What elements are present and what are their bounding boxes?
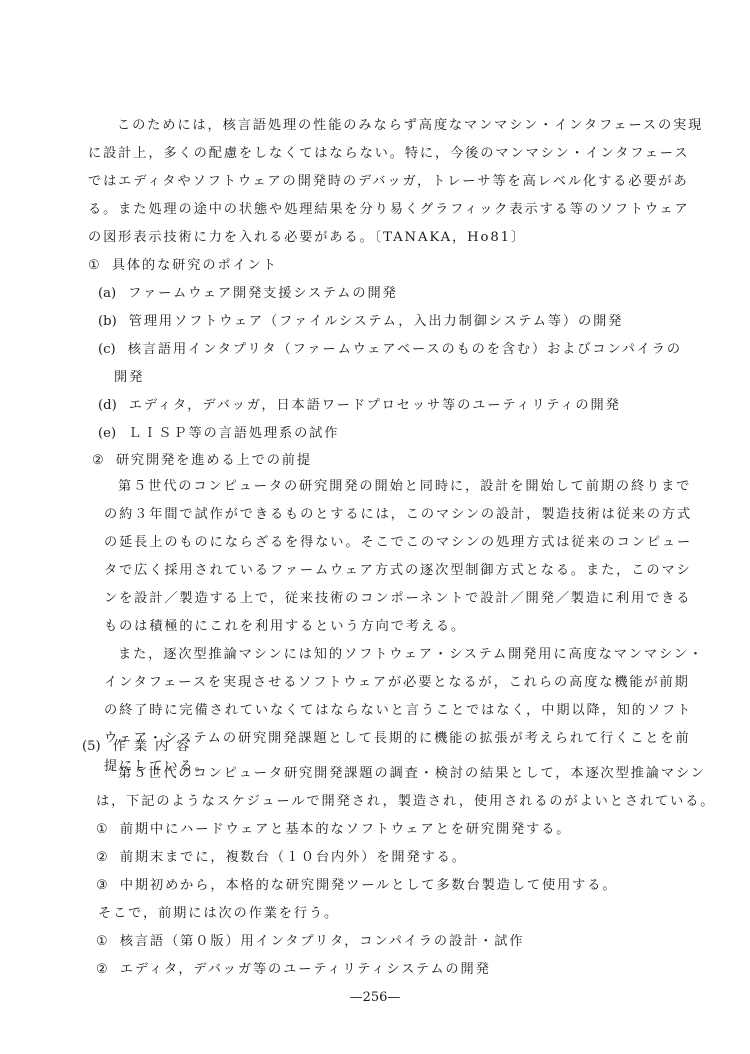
item-marker: ② [96,849,108,867]
schedule-item-1: ①前期中にハードウェアと基本的なソフトウェアとを研究開発する。 [96,821,571,839]
section2-p1-line-2: の約３年間で試作ができるものとするには，このマシンの設計，製造技術は従来の方式 [104,506,692,524]
item-text: 中期初めから，本格的な研究開発ツールとして多数台製造して使用する。 [120,878,618,893]
document-page: このためには，核言語処理の性能のみならず高度なマンマシン・インタフェースの実現 … [0,0,750,1054]
section2-heading: ②研究開発を進める上での前提 [92,452,312,470]
section5-lead-in: そこで，前期には次の作業を行う。 [98,905,339,923]
section2-p2-line-4: ウェア・システムの研究開発課題として長期的に機能の拡張が考えられて行くことを前 [104,730,691,748]
item-marker: ② [96,961,108,979]
section1-item-d: (d)エディタ，デバッガ，日本語ワードプロセッサ等のユーティリティの開発 [98,397,621,415]
item-marker: (c) [98,341,116,359]
section2-p2-line-3: の終了時に完備されていなくてはならないと言うことではなく，中期以降，知的ソフト [104,702,692,720]
page-number: —256— [0,990,750,1005]
item-text: 前期中にハードウェアと基本的なソフトウェアとを研究開発する。 [120,822,572,837]
intro-line-2: に設計上，多くの配慮をしなくてはならない。特に，今後のマンマシン・インタフェース [88,145,689,163]
item-text: ファームウェア開発支援システムの開発 [128,286,397,301]
intro-line-5: の図形表示技術に力を入れる必要がある。〔TANAKA，Ho81〕 [88,229,526,247]
item-marker: (b) [98,313,117,331]
section1-item-b: (b)管理用ソフトウェア（ファイルシステム，入出力制御システム等）の開発 [98,313,623,331]
section2-p1-line-5: ンを設計／製造する上で，従来技術のコンポーネントで設計／開発／製造に利用できる [104,590,692,608]
section2-p1-line-4: タで広く採用されているファームウェア方式の逐次型制御方式となる。また，このマシ [104,562,692,580]
section2-marker: ② [92,452,104,470]
section5-p-line-1: 第５世代のコンピュータ研究開発課題の調査・検討の結果として，本逐次型推論マシン [118,765,706,783]
section5-p-line-2: は，下記のようなスケジュールで開発され，製造され，使用されるのがよいとされている… [96,793,715,811]
section2-p1-line-1: 第５世代のコンピュータの研究開発の開始と同時に，設計を開始して前期の終りまで [118,478,691,496]
section5-heading: (5)作 業 内 容 [82,738,191,756]
section1-title: 具体的な研究のポイント [112,258,278,273]
intro-line-3: ではエディタやソフトウェアの開発時のデバッガ，トレーサ等を高レベル化する必要があ [88,173,689,191]
section1-heading: ①具体的な研究のポイント [88,257,278,275]
item-text: 前期末までに，複数台（１０台内外）を開発する。 [120,850,467,865]
task-item-1: ①核言語（第０版）用インタプリタ，コンパイラの設計・試作 [96,933,524,951]
item-text: ＬＩＳＰ等の言語処理系の試作 [128,426,339,441]
intro-line-4: る。また処理の途中の状態や処理結果を分り易くグラフィック表示する等のソフトウェア [88,201,690,219]
item-text: 核言語（第０版）用インタプリタ，コンパイラの設計・試作 [120,934,525,949]
section2-p1-line-3: の延長上のものにならざるを得ない。そこでこのマシンの処理方式は従来のコンピュー [104,534,692,552]
item-text: エディタ，デバッガ，日本語ワードプロセッサ等のユーティリティの開発 [129,398,621,413]
item-marker: ③ [96,877,108,895]
section2-p2-line-1: また，逐次型推論マシンには知的ソフトウェア・システム開発用に高度なマンマシン・ [118,646,704,664]
task-item-2: ②エディタ，デバッガ等のユーティリティシステムの開発 [96,961,491,979]
section2-p1-line-6: ものは積極的にこれを利用するという方向で考える。 [104,618,466,636]
section1-item-c: (c)核言語用インタプリタ（ファームウェアベースのものを含む）およびコンパイラの [98,341,682,359]
section1-item-c-continuation: 開発 [114,369,144,387]
section1-item-e: (e)ＬＩＳＰ等の言語処理系の試作 [98,425,339,443]
item-text: 核言語用インタプリタ（ファームウェアベースのものを含む）およびコンパイラの [128,342,682,357]
section5-title: 作 業 内 容 [113,739,192,754]
item-marker: ① [96,933,108,951]
section1-item-a: (a)ファームウェア開発支援システムの開発 [98,285,398,303]
section1-marker: ① [88,257,100,275]
intro-line-1: このためには，核言語処理の性能のみならず高度なマンマシン・インタフェースの実現 [117,117,703,135]
item-text: エディタ，デバッガ等のユーティリティシステムの開発 [120,962,491,977]
item-text: 管理用ソフトウェア（ファイルシステム，入出力制御システム等）の開発 [129,314,624,329]
item-marker: (a) [98,285,116,303]
item-marker: (d) [98,397,117,415]
section2-p2-line-2: インタフェースを実現させるソフトウェアが必要となるが，これらの高度な機能が前期 [104,674,690,692]
item-marker: ① [96,821,108,839]
schedule-item-2: ②前期末までに，複数台（１０台内外）を開発する。 [96,849,467,867]
item-marker: (e) [98,425,116,443]
section2-title: 研究開発を進める上での前提 [116,453,312,468]
section5-marker: (5) [82,738,101,756]
schedule-item-3: ③中期初めから，本格的な研究開発ツールとして多数台製造して使用する。 [96,877,617,895]
